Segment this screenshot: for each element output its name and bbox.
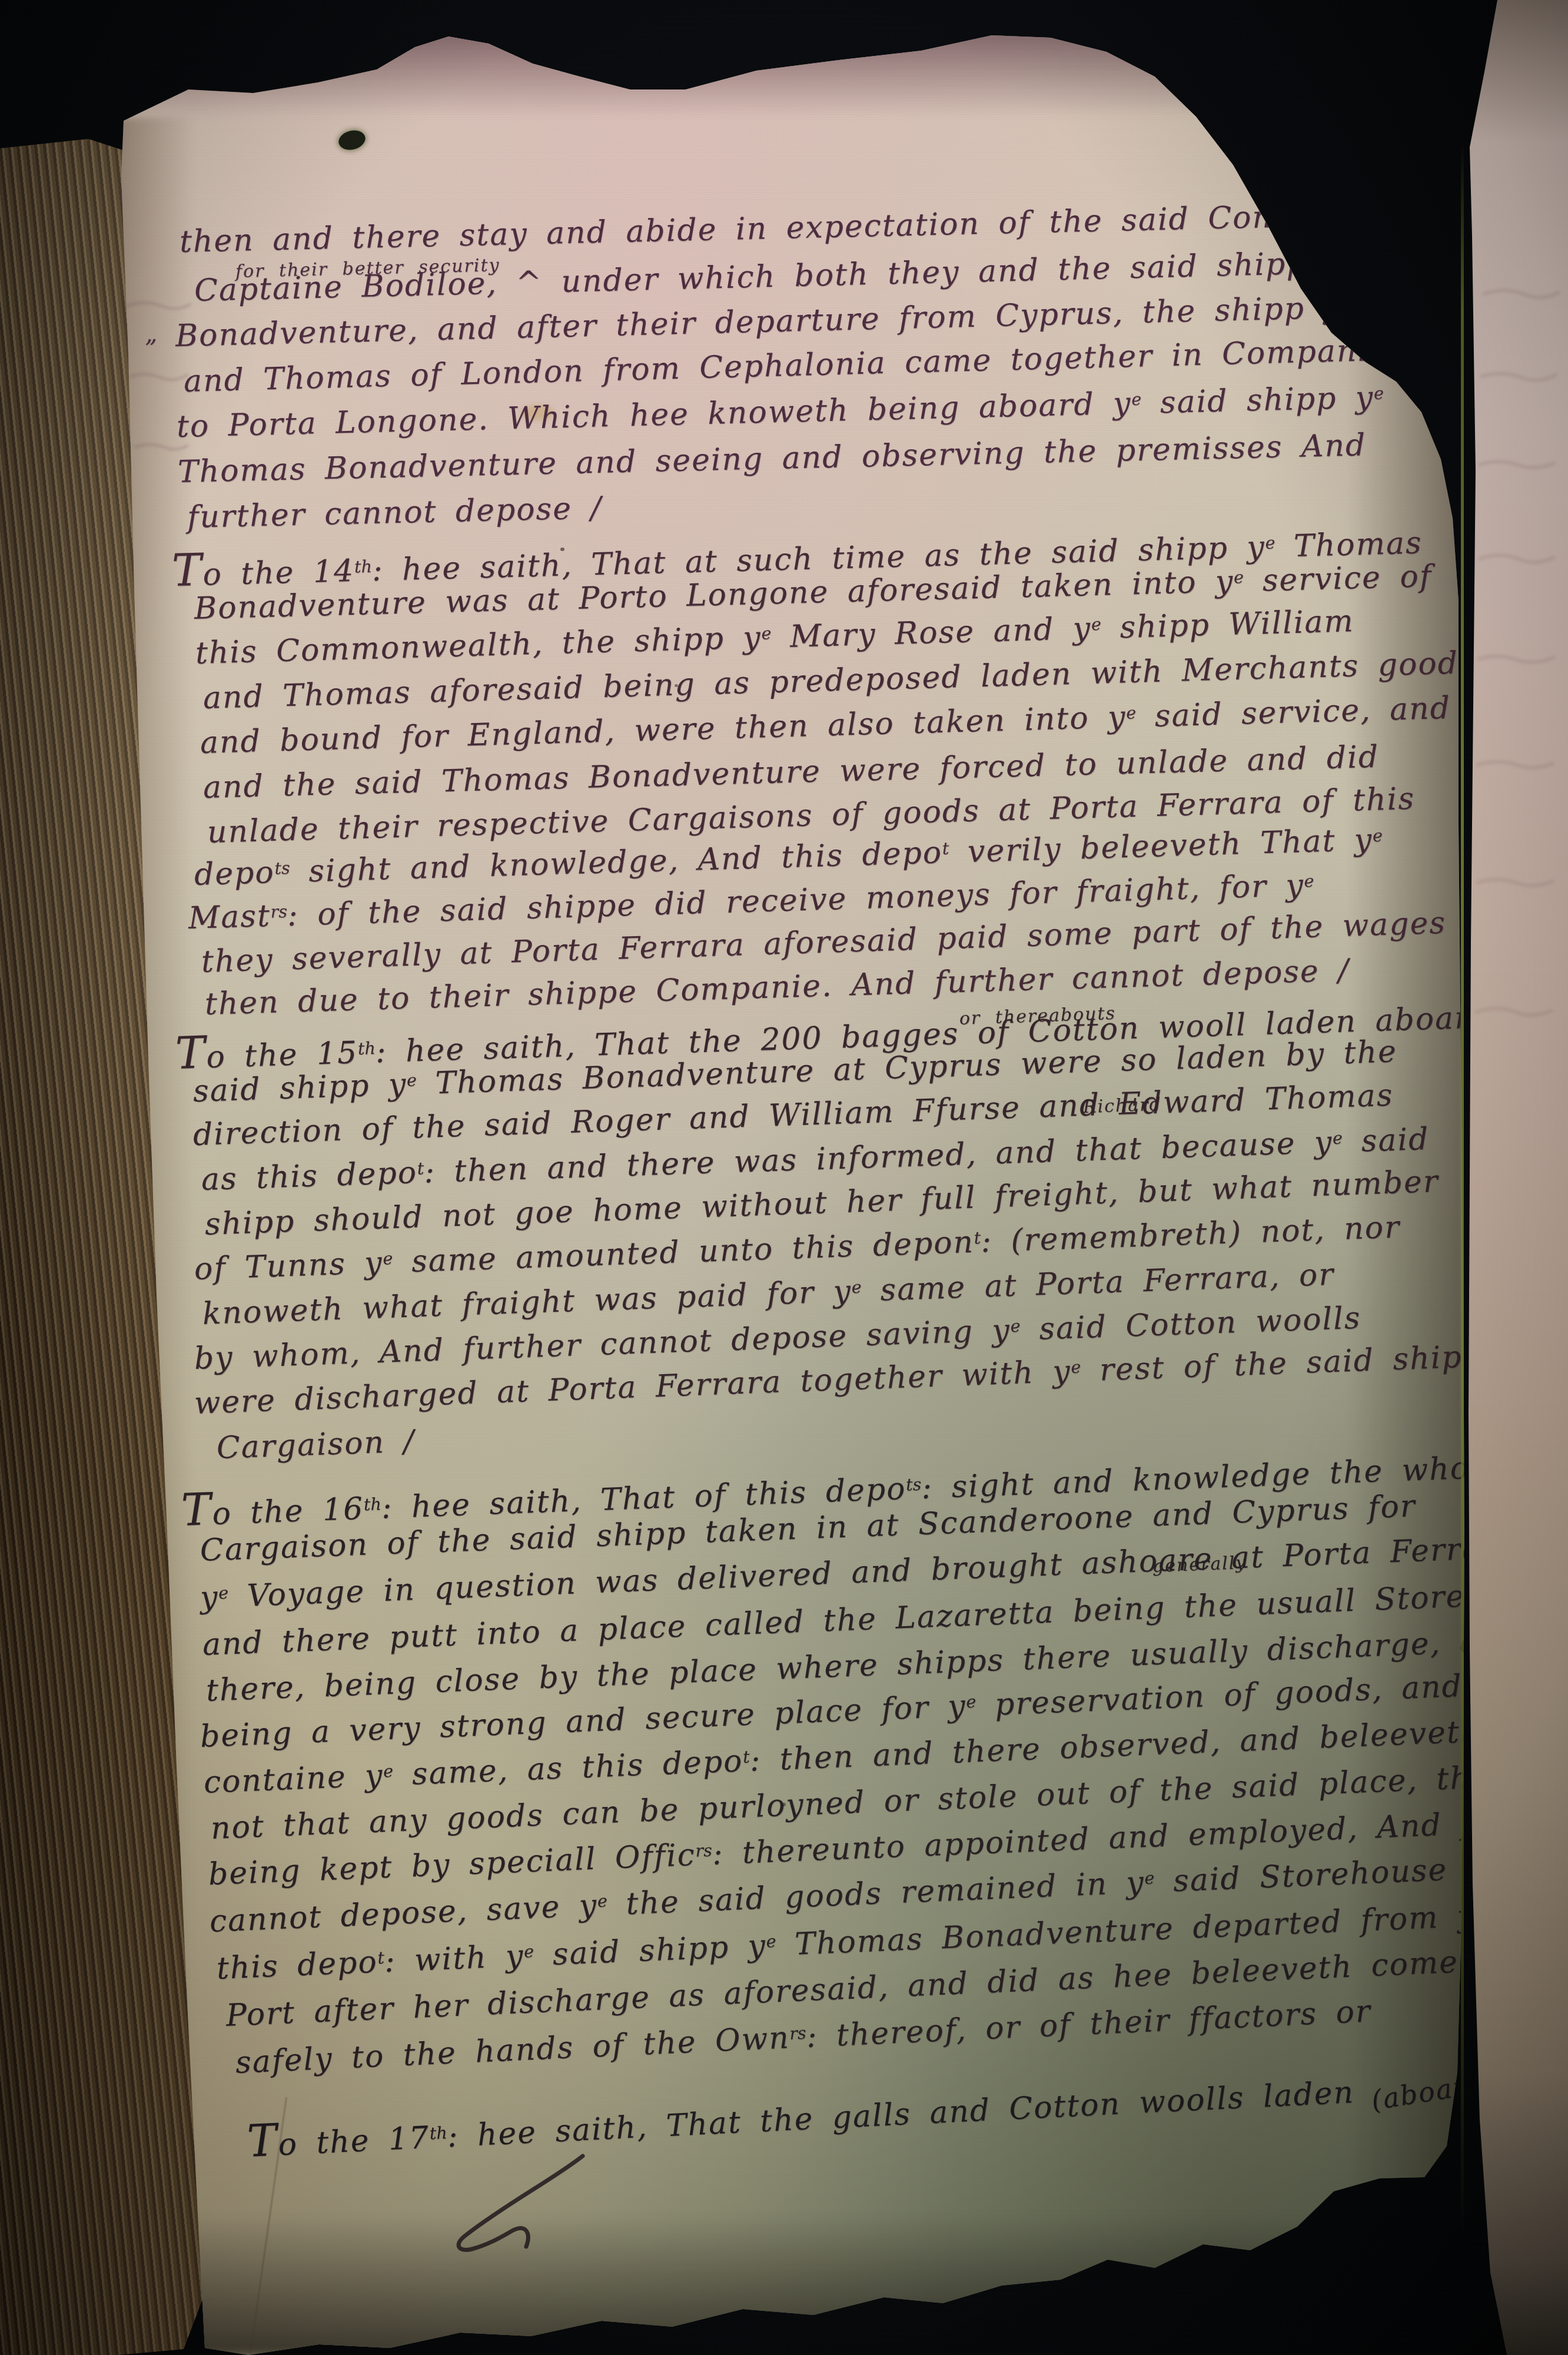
- manuscript-photo-scene: then and there stay and abide in expecta…: [0, 0, 1568, 2355]
- facing-page-show-through: [0, 0, 1568, 2355]
